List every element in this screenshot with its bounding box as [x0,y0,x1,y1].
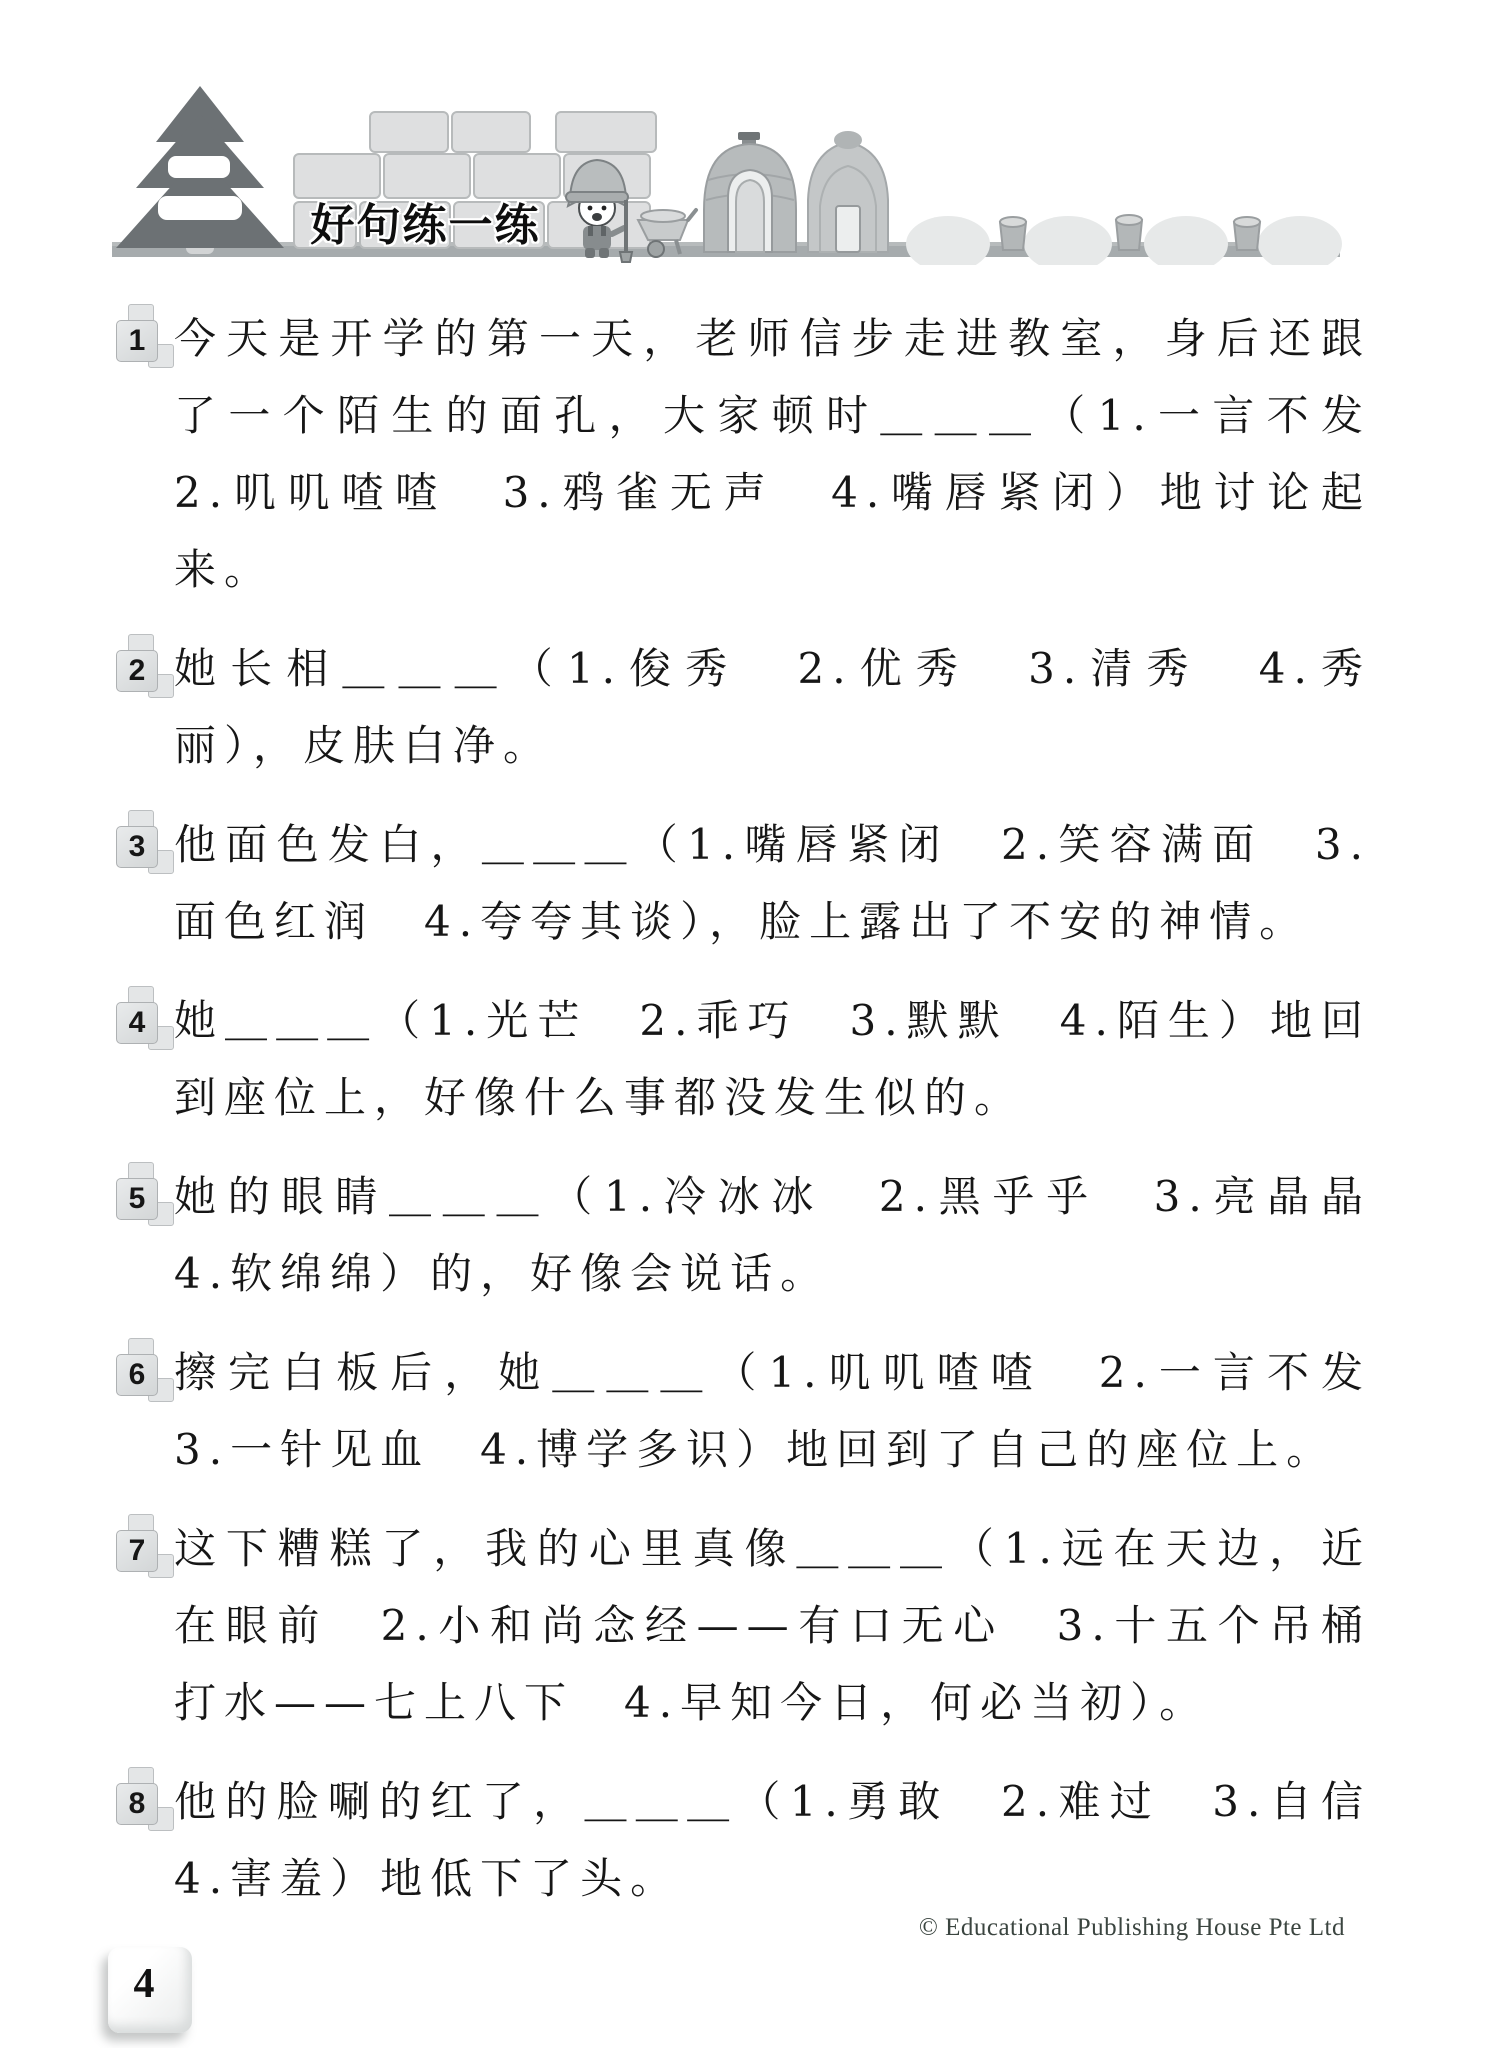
question-number: 2 [116,650,158,692]
question-item-1: 1 今天是开学的第一天，老师信步走进教室，身后还跟了一个陌生的面孔，大家顿时＿＿… [112,300,1392,608]
question-number: 8 [116,1783,158,1825]
page-number-block: 4 [108,1947,192,2033]
question-list: 1 今天是开学的第一天，老师信步走进教室，身后还跟了一个陌生的面孔，大家顿时＿＿… [112,300,1392,1939]
question-number-badge: 7 [112,1514,174,1580]
question-number: 5 [116,1178,158,1220]
pine-tree-icon [116,86,284,254]
question-text: 他面色发白，＿＿＿（1.嘴唇紧闭 2.笑容满面 3.面色红润 4.夸夸其谈），脸… [174,806,1371,960]
hut-icon [808,131,888,252]
question-number: 1 [116,320,158,362]
stump-icon [1000,217,1026,250]
bush-icon [906,216,990,265]
question-item-3: 3 他面色发白，＿＿＿（1.嘴唇紧闭 2.笑容满面 3.面色红润 4.夸夸其谈）… [112,806,1392,960]
question-item-2: 2 她长相＿＿＿（1.俊秀 2.优秀 3.清秀 4.秀丽），皮肤白净。 [112,630,1392,784]
question-number-badge: 4 [112,986,174,1052]
question-number-badge: 5 [112,1162,174,1228]
page-title: 好句练一练 [303,192,548,250]
question-item-5: 5 她的眼睛＿＿＿（1.冷冰冰 2.黑乎乎 3.亮晶晶 4.软绵绵）的，好像会说… [112,1158,1392,1312]
question-number-badge: 3 [112,810,174,876]
question-number: 6 [116,1354,158,1396]
question-item-8: 8 他的脸唰的红了，＿＿＿（1.勇敢 2.难过 3.自信 4.害羞）地低下了头。 [112,1763,1392,1917]
stump-icon [1116,215,1142,250]
question-text: 她的眼睛＿＿＿（1.冷冰冰 2.黑乎乎 3.亮晶晶 4.软绵绵）的，好像会说话。 [174,1158,1371,1312]
question-text: 她长相＿＿＿（1.俊秀 2.优秀 3.清秀 4.秀丽），皮肤白净。 [174,630,1371,784]
page-number: 4 [134,1960,155,2008]
question-text: 他的脸唰的红了，＿＿＿（1.勇敢 2.难过 3.自信 4.害羞）地低下了头。 [174,1763,1371,1917]
stone-house-icon [704,132,796,252]
copyright-notice: © Educational Publishing House Pte Ltd [919,1914,1345,1942]
question-item-4: 4 她＿＿＿（1.光芒 2.乖巧 3.默默 4.陌生）地回到座位上，好像什么事都… [112,982,1392,1136]
question-number: 4 [116,1002,158,1044]
question-text: 她＿＿＿（1.光芒 2.乖巧 3.默默 4.陌生）地回到座位上，好像什么事都没发… [174,982,1371,1136]
question-item-6: 6 擦完白板后，她＿＿＿（1.叽叽喳喳 2.一言不发 3.一针见血 4.博学多识… [112,1334,1392,1488]
bush-icon [1258,216,1342,265]
question-item-7: 7 这下糟糕了，我的心里真像＿＿＿（1.远在天边，近在眼前 2.小和尚念经——有… [112,1510,1392,1741]
question-number: 3 [116,826,158,868]
bush-icon [1024,216,1112,265]
bushes-and-stumps [906,215,1342,265]
workbook-page: 好句练一练 1 今天是开学的第一天，老师信步走进教室，身后还跟了一个陌生的面孔，… [0,0,1496,2048]
question-number-badge: 2 [112,634,174,700]
question-text: 今天是开学的第一天，老师信步走进教室，身后还跟了一个陌生的面孔，大家顿时＿＿＿（… [174,300,1371,608]
question-number-badge: 1 [112,304,174,370]
question-number: 7 [116,1530,158,1572]
header-illustration [0,80,1496,265]
question-text: 这下糟糕了，我的心里真像＿＿＿（1.远在天边，近在眼前 2.小和尚念经——有口无… [174,1510,1371,1741]
question-number-badge: 6 [112,1338,174,1404]
bush-icon [1144,216,1228,265]
question-text: 擦完白板后，她＿＿＿（1.叽叽喳喳 2.一言不发 3.一针见血 4.博学多识）地… [174,1334,1371,1488]
stump-icon [1234,217,1260,250]
question-number-badge: 8 [112,1767,174,1833]
